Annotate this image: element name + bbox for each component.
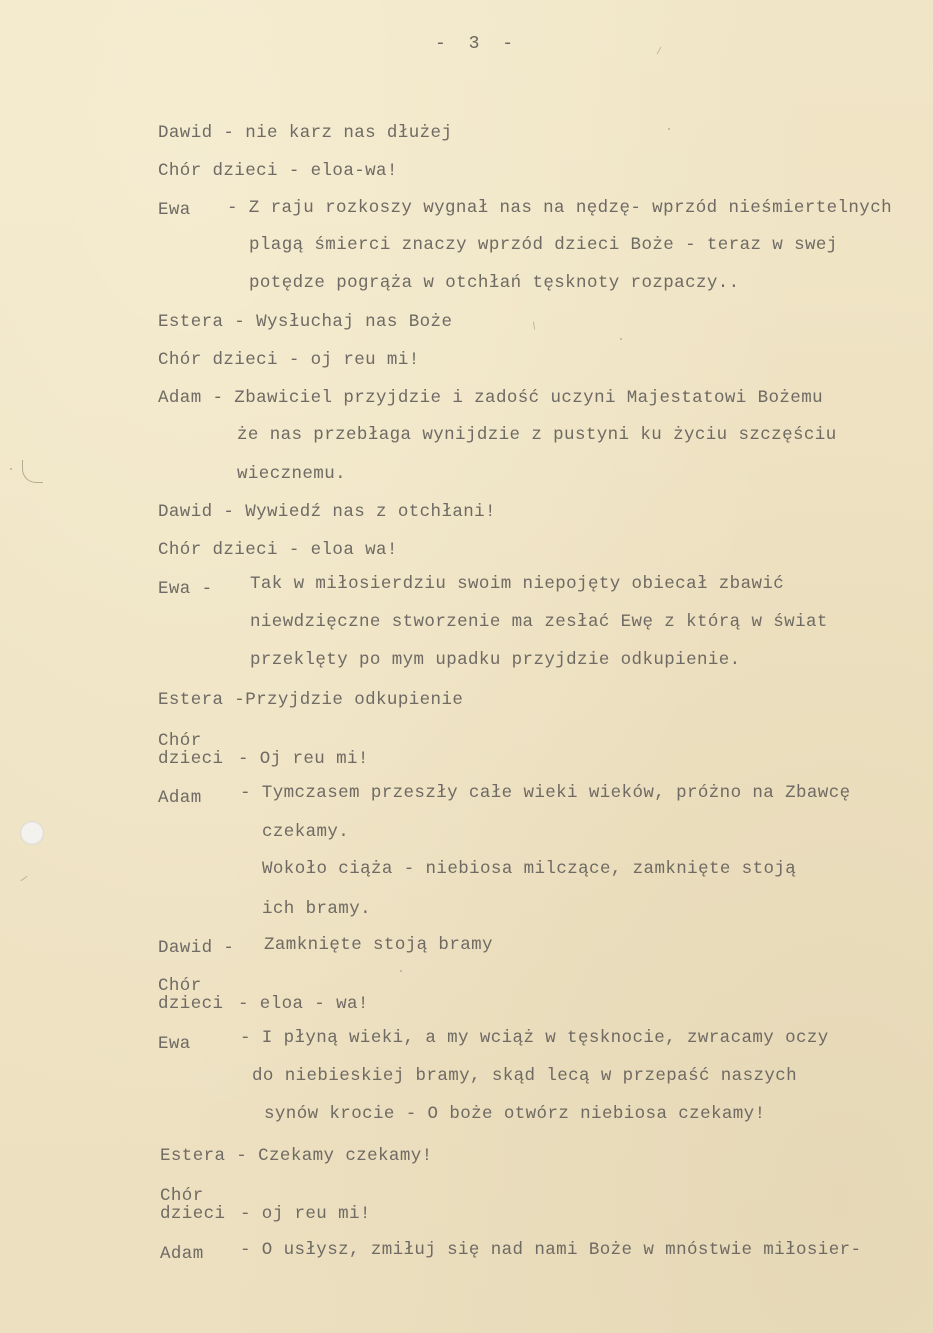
speaker-choir-bottom: dzieci [158,749,223,769]
dialogue-continuation: wiecznemu. [237,464,346,484]
dialogue-line-choir: Chór dzieci - oj reu mi! [158,350,420,370]
dialogue-continuation: synów krocie - O boże otwórz niebiosa cz… [264,1104,765,1124]
dialogue-line-ewa: - I płyną wieki, a my wciąż w tęsknocie,… [240,1028,829,1048]
paper-mark [533,321,535,329]
punch-hole [20,821,44,845]
speaker-choir-top: Chór [158,976,202,996]
dialogue-line-choir: Chór dzieci - eloa-wa! [158,161,398,181]
dialogue-continuation: potędze pogrąża w otchłań tęsknoty rozpa… [249,273,740,293]
dialogue-line-choir: Chór dzieci - eloa wa! [158,540,398,560]
speaker-choir-top: Chór [158,731,202,751]
paper-speck [10,468,12,470]
dialogue-line-choir: - eloa - wa! [238,994,369,1014]
paper-speck [400,970,402,972]
paper-mark [657,47,662,54]
speaker-ewa: Ewa [158,200,191,220]
dialogue-continuation: że nas przebłaga wynijdzie z pustyni ku … [237,425,837,445]
paper-mark [20,876,27,881]
dialogue-continuation: plagą śmierci znaczy wprzód dzieci Boże … [249,235,838,255]
dialogue-line-dawid: Zamknięte stoją bramy [264,935,493,955]
dialogue-continuation: Wokoło ciąża - niebiosa milczące, zamkni… [262,859,796,879]
dialogue-continuation: do niebieskiej bramy, skąd lecą w przepa… [252,1066,797,1086]
dialogue-line-dawid: Dawid - Wywiedź nas z otchłani! [158,502,496,522]
speaker-dawid: Dawid - [158,938,234,958]
speaker-adam: Adam [160,1244,204,1264]
dialogue-continuation: niewdzięczne stworzenie ma zesłać Ewę z … [250,612,828,632]
dialogue-line-ewa: Tak w miłosierdziu swoim niepojęty obiec… [250,574,784,594]
page-number: - 3 - [435,34,519,54]
dialogue-line-adam: - Tymczasem przeszły całe wieki wieków, … [240,783,851,803]
speaker-choir-top: Chór [160,1186,204,1206]
dialogue-line-dawid: Dawid - nie karz nas dłużej [158,123,452,143]
typewritten-page: - 3 - Dawid - nie karz nas dłużej Chór d… [0,0,933,1333]
speaker-choir-bottom: dzieci [160,1204,225,1224]
dialogue-line-estera: Estera - Wysłuchaj nas Boże [158,312,452,332]
margin-mark [22,460,43,483]
dialogue-line-adam: - O usłysz, zmiłuj się nad nami Boże w m… [240,1240,861,1260]
speaker-choir-bottom: dzieci [158,994,223,1014]
dialogue-line-choir: - oj reu mi! [240,1204,371,1224]
dialogue-line-estera: Estera - Czekamy czekamy! [160,1146,433,1166]
dialogue-line-adam: Adam - Zbawiciel przyjdzie i zadość uczy… [158,388,823,408]
dialogue-line-estera: Estera -Przyjdzie odkupienie [158,690,463,710]
speaker-adam: Adam [158,788,202,808]
dialogue-line-ewa: - Z raju rozkoszy wygnał nas na nędzę- w… [227,198,892,218]
speaker-ewa: Ewa [158,1034,191,1054]
paper-speck [668,128,670,130]
dialogue-continuation: ich bramy. [262,899,371,919]
dialogue-line-choir: - Oj reu mi! [238,749,369,769]
speaker-ewa: Ewa - [158,579,213,599]
dialogue-continuation: czekamy. [262,822,349,842]
paper-speck [620,338,622,340]
dialogue-continuation: przeklęty po mym upadku przyjdzie odkupi… [250,650,741,670]
